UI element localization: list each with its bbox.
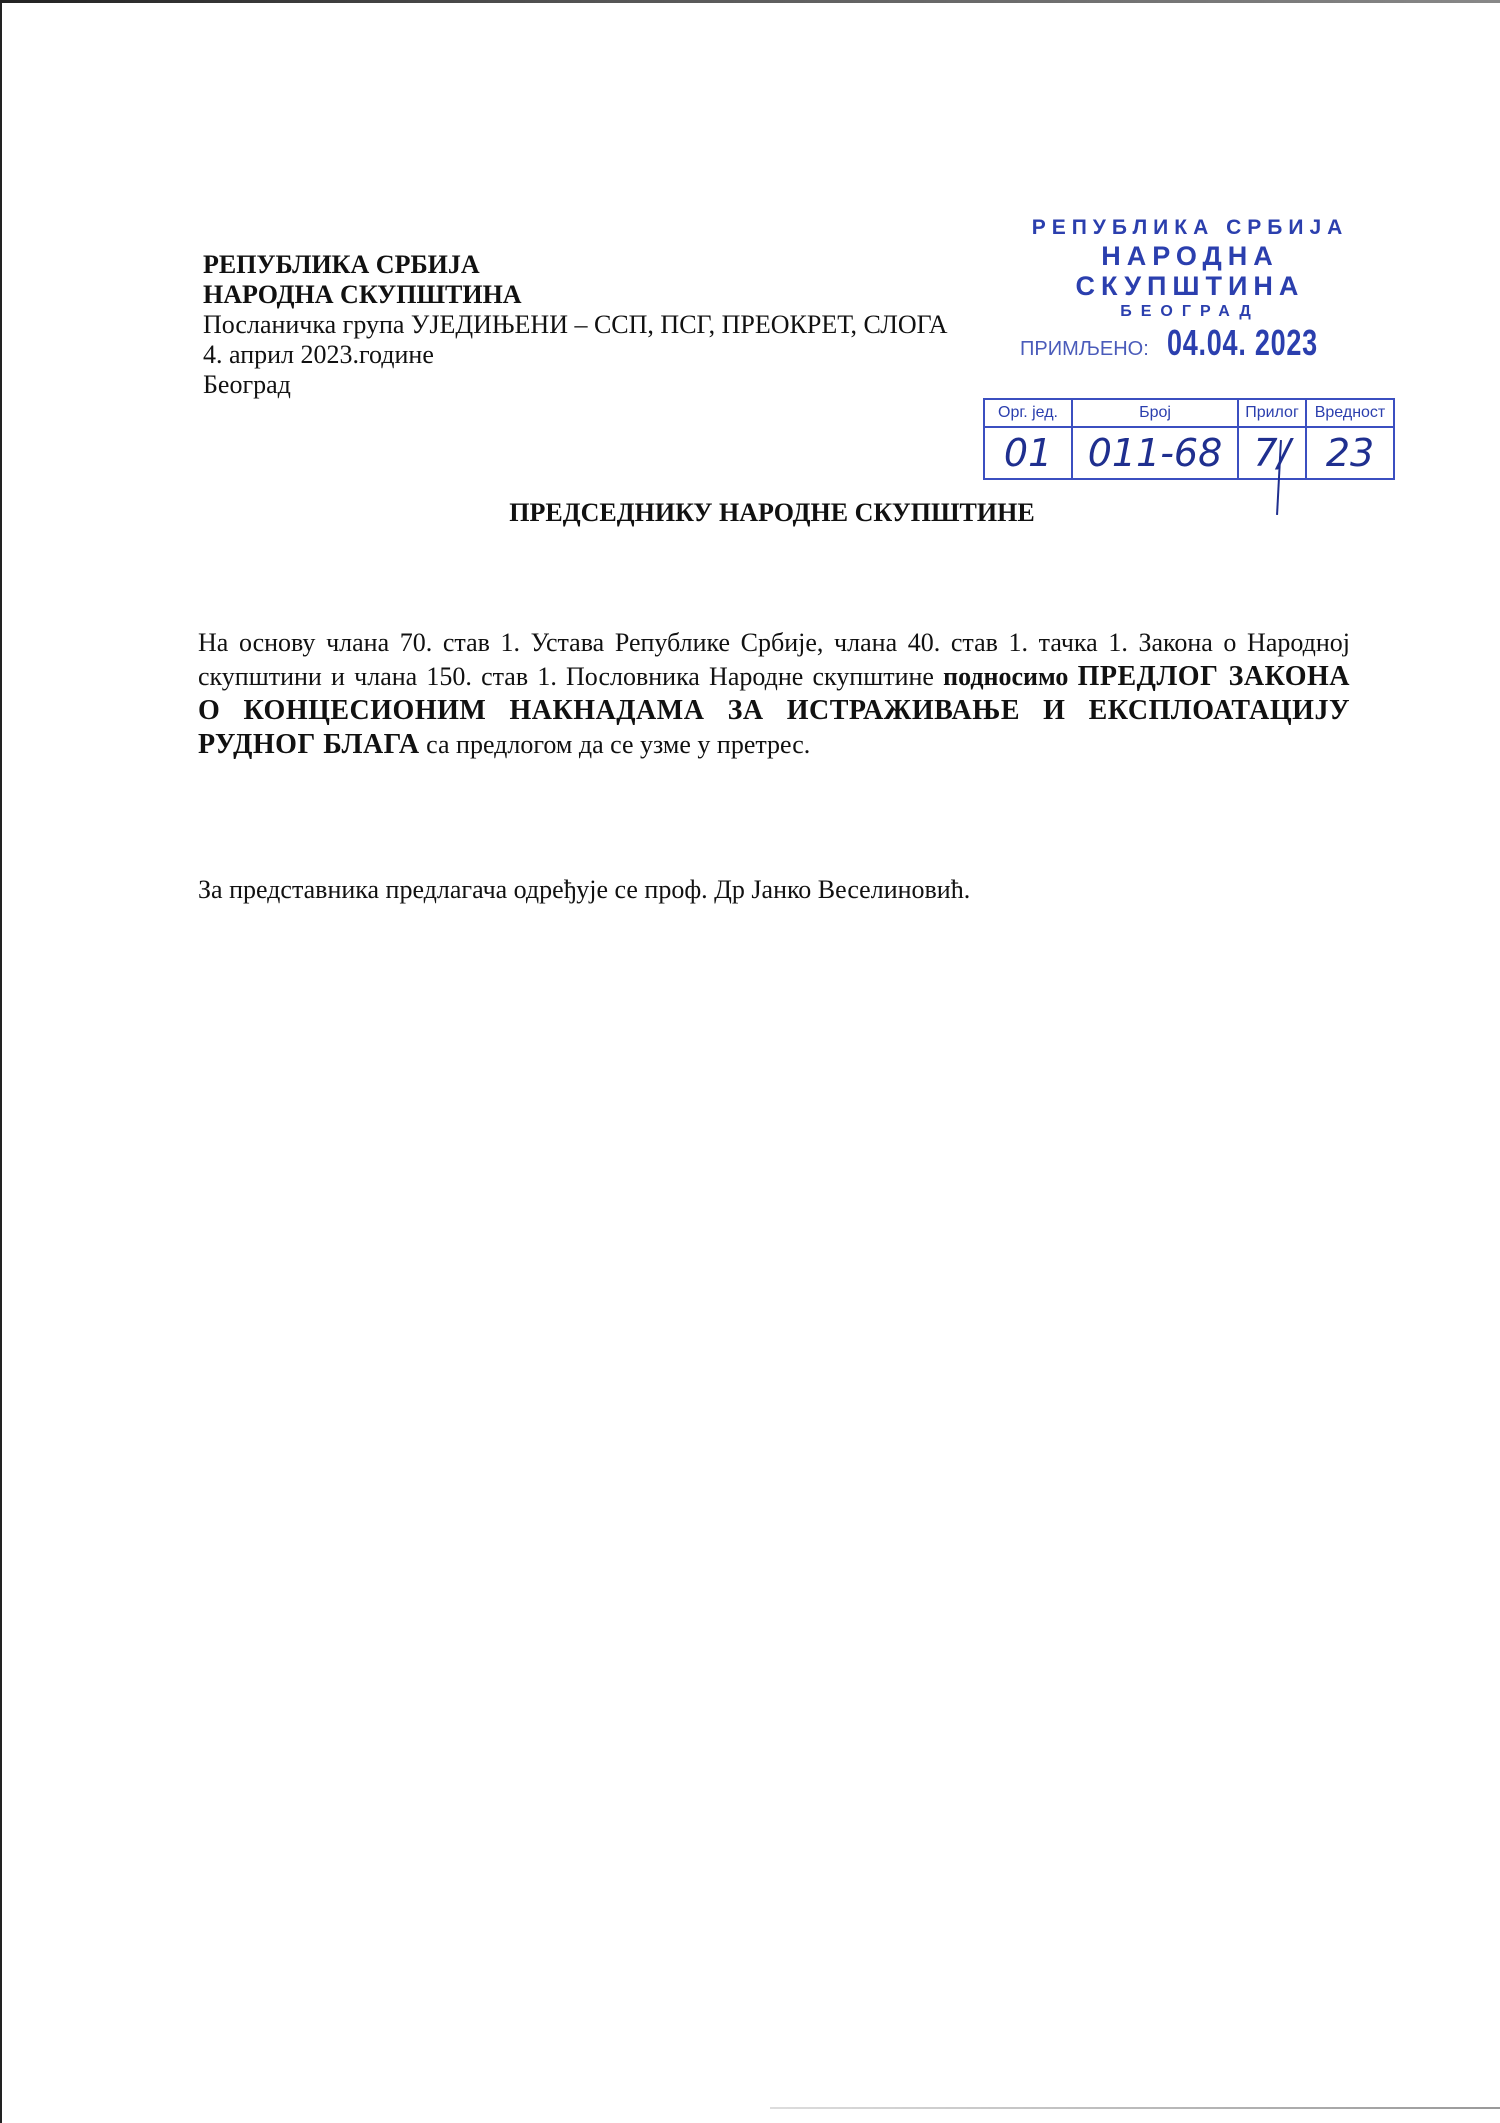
registry-value: 23 xyxy=(1306,427,1394,479)
registry-value-row: 01 011-68 7/ 23 xyxy=(984,427,1394,479)
registry-header-org-unit: Орг. јед. xyxy=(984,399,1072,427)
stamp-city: БЕОГРАД xyxy=(990,301,1390,323)
submission-verb: подносимо xyxy=(943,662,1068,691)
registry-stamp-table: Орг. јед. Број Прилог Вредност 01 011-68… xyxy=(983,398,1395,480)
registry-header-row: Орг. јед. Број Прилог Вредност xyxy=(984,399,1394,427)
registry-org-unit: 01 xyxy=(984,427,1072,479)
closing-text: са предлогом да се узме у претрес. xyxy=(420,730,811,759)
assembly-stamp: РЕПУБЛИКА СРБИЈА НАРОДНА СКУПШТИНА БЕОГР… xyxy=(990,215,1390,323)
body-paragraph: На основу члана 70. став 1. Устава Репуб… xyxy=(198,626,1350,762)
received-stamp: ПРИМЉЕНО: 04.04. 2023 xyxy=(1020,322,1368,364)
sender-header: РЕПУБЛИКА СРБИЈА НАРОДНА СКУПШТИНА Посла… xyxy=(203,250,948,400)
stamp-country: РЕПУБЛИКА СРБИЈА xyxy=(990,215,1390,241)
registry-attachment: 7/ xyxy=(1238,427,1306,479)
scan-edge-top xyxy=(0,0,1500,3)
representative-statement: За представника предлагача одређује се п… xyxy=(198,875,970,905)
addressee-text: ПРЕДСЕДНИКУ НАРОДНЕ СКУПШТИНЕ xyxy=(509,498,1034,527)
registry-header-value: Вредност xyxy=(1306,399,1394,427)
registry-header-attachment: Прилог xyxy=(1238,399,1306,427)
document-city: Београд xyxy=(203,370,948,400)
scan-edge-bottom xyxy=(770,2107,1500,2109)
stamp-assembly: НАРОДНА СКУПШТИНА xyxy=(990,241,1390,301)
received-date: 04.04. 2023 xyxy=(1167,322,1318,364)
addressee: ПРЕДСЕДНИКУ НАРОДНЕ СКУПШТИНЕ xyxy=(0,498,1500,528)
document-date: 4. април 2023.године xyxy=(203,340,948,370)
assembly-name: НАРОДНА СКУПШТИНА xyxy=(203,280,948,310)
registry-number: 011-68 xyxy=(1072,427,1238,479)
registry-header-number: Број xyxy=(1072,399,1238,427)
scan-edge-left xyxy=(0,0,2,2123)
parliamentary-group: Посланичка група УЈЕДИЊЕНИ – ССП, ПСГ, П… xyxy=(203,310,948,340)
country-name: РЕПУБЛИКА СРБИЈА xyxy=(203,250,948,280)
document-page: РЕПУБЛИКА СРБИЈА НАРОДНА СКУПШТИНА Посла… xyxy=(0,0,1500,2123)
received-label: ПРИМЉЕНО: xyxy=(1020,338,1149,360)
